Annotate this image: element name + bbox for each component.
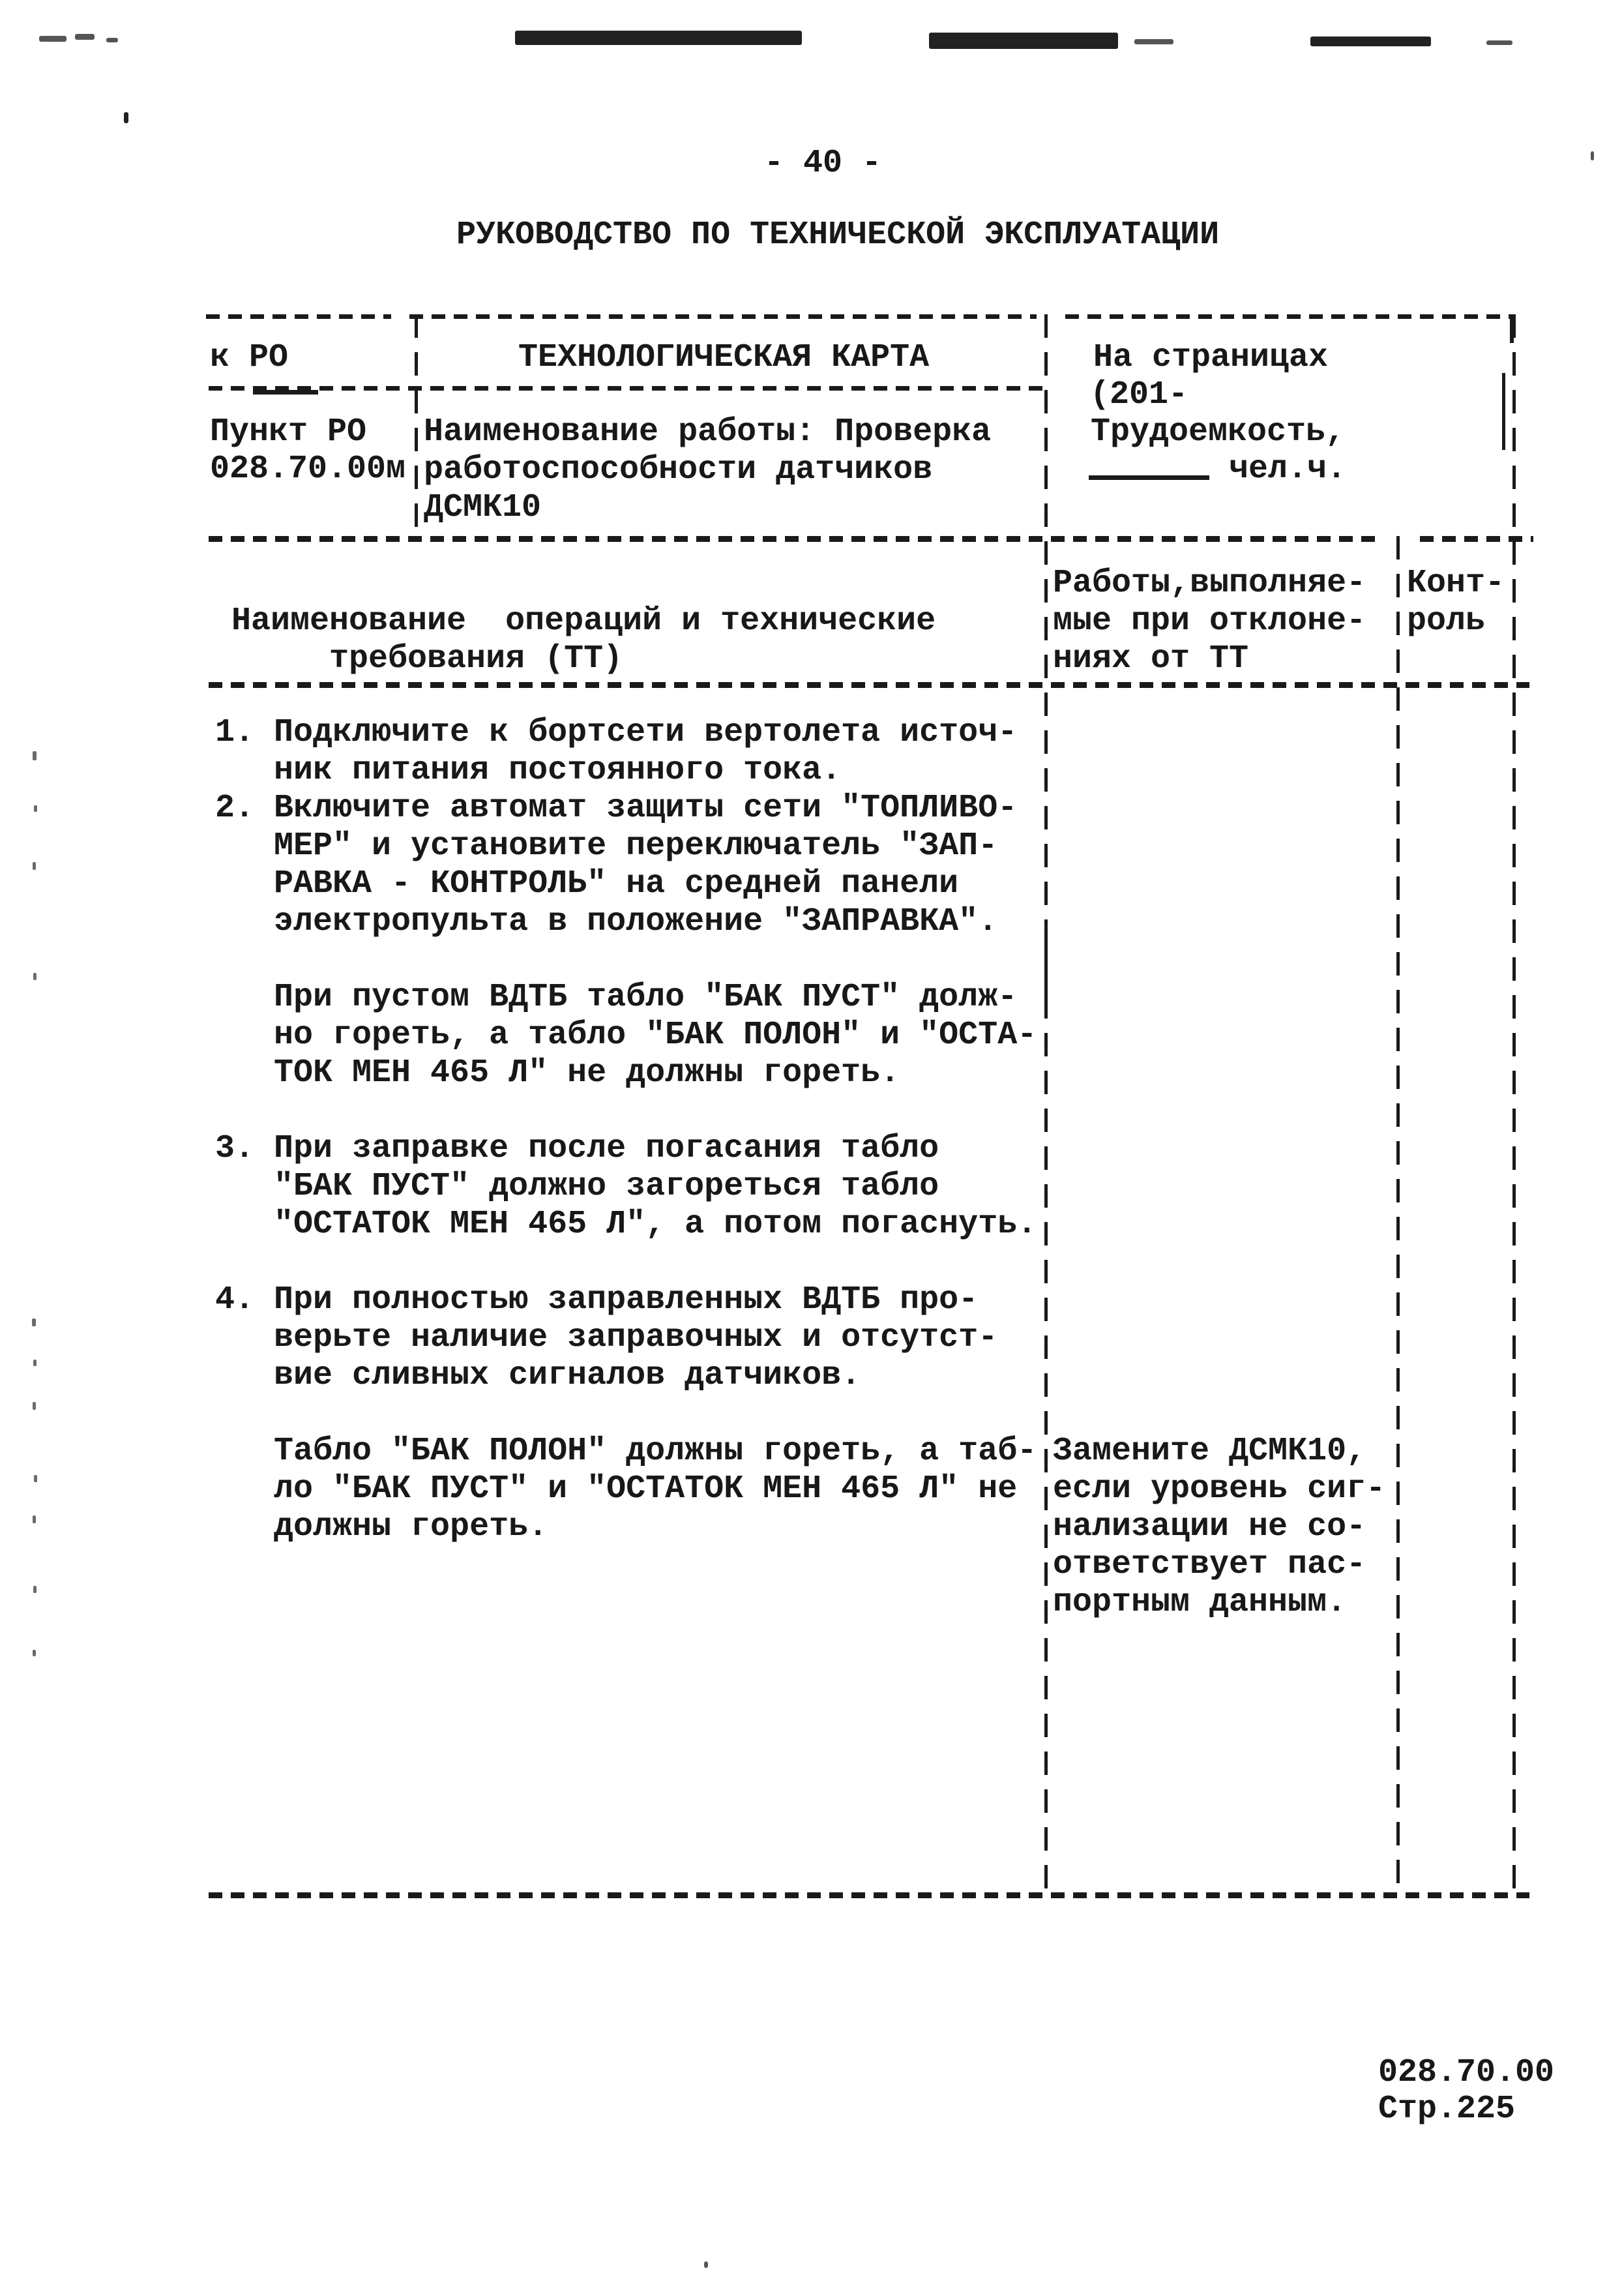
card-header-bottom-separator — [209, 536, 1377, 542]
scanned-manual-page: - 40 - РУКОВОДСТВО ПО ТЕХНИЧЕСКОЙ ЭКСПЛУ… — [0, 0, 1622, 2296]
scan-artifact — [33, 1515, 36, 1523]
table-bottom-border — [209, 1892, 1529, 1898]
operation-step-4: 4. При полностью заправленных ВДТБ про- … — [215, 1281, 997, 1395]
work-name: Наименование работы: Проверка работоспос… — [424, 413, 991, 527]
operations-column-header: Наименование операций и технические треб… — [231, 603, 936, 678]
scan-artifact — [124, 112, 128, 123]
scan-artifact — [39, 36, 66, 42]
card-title: ТЕХНОЛОГИЧЕСКАЯ КАРТА — [518, 339, 929, 377]
scan-artifact — [33, 1650, 36, 1656]
scan-artifact — [1134, 39, 1173, 44]
operation-step-2: 2. Включите автомат защиты сети "ТОПЛИВО… — [215, 790, 1017, 941]
control-column-rule — [1396, 536, 1400, 1892]
header-row-separator — [209, 386, 1051, 391]
scan-artifact — [1502, 373, 1505, 450]
labor-label: Трудоемкость, — [1091, 413, 1345, 451]
table-top-border-right — [1065, 314, 1514, 319]
footer-task-code: 028.70.00 — [1378, 2054, 1554, 2092]
scan-artifact — [34, 1475, 37, 1482]
scan-artifact — [75, 34, 95, 40]
document-title: РУКОВОДСТВО ПО ТЕХНИЧЕСКОЙ ЭКСПЛУАТАЦИИ — [456, 216, 1219, 254]
scan-artifact — [34, 805, 37, 812]
scan-artifact — [32, 1319, 36, 1326]
card-header-bottom-separator-end — [1420, 536, 1533, 542]
scan-artifact — [929, 33, 1118, 49]
table-right-border — [1512, 314, 1516, 1892]
deviations-column-header: Работы,выполняе- мые при отклоне- ниях о… — [1053, 565, 1366, 678]
scan-artifact — [1486, 40, 1512, 45]
operation-step-2-note: При пустом ВДТБ табло "БАК ПУСТ" долж- н… — [215, 979, 1037, 1092]
ro-blank-underline — [253, 390, 318, 395]
footer-page-ref: Стр.225 — [1378, 2091, 1515, 2128]
scan-artifact — [33, 1402, 36, 1410]
scan-artifact — [1591, 151, 1594, 160]
table-top-border-left — [206, 314, 391, 319]
column-header-separator — [209, 682, 1529, 688]
table-top-border-middle — [409, 314, 1037, 319]
labor-units: чел.ч. — [1229, 451, 1346, 488]
deviations-column-rule — [1044, 314, 1048, 1892]
scan-artifact — [515, 31, 802, 45]
ro-reference: к РО — [210, 339, 288, 377]
deviation-instruction: Замените ДСМК10, если уровень сиг- нализ… — [1053, 1433, 1385, 1622]
page-number: - 40 - — [764, 145, 881, 183]
punkt-label: Пункт РО — [210, 413, 366, 451]
operation-step-1: 1. Подключите к бортсети вертолета источ… — [215, 714, 1017, 790]
scan-artifact — [33, 862, 36, 870]
scan-artifact — [33, 751, 37, 760]
operation-step-3: 3. При заправке после погасания табло "Б… — [215, 1130, 1037, 1244]
labor-blank-underline — [1089, 475, 1209, 480]
operation-step-4-note: Табло "БАК ПОЛОН" должны гореть, а таб- … — [215, 1433, 1037, 1546]
scan-artifact — [1310, 37, 1431, 46]
header-left-column-rule — [415, 314, 418, 539]
control-column-header: Конт- роль — [1407, 565, 1505, 640]
pages-range-start: (201- — [1090, 376, 1188, 414]
scan-artifact — [33, 1586, 37, 1593]
scan-artifact — [106, 38, 118, 42]
pages-label: На страницах — [1093, 339, 1328, 377]
scan-artifact — [33, 973, 37, 980]
scan-artifact — [1044, 938, 1048, 1011]
punkt-code: 028.70.00м — [210, 451, 405, 488]
scan-artifact — [33, 1360, 37, 1366]
scan-artifact — [704, 2261, 708, 2268]
